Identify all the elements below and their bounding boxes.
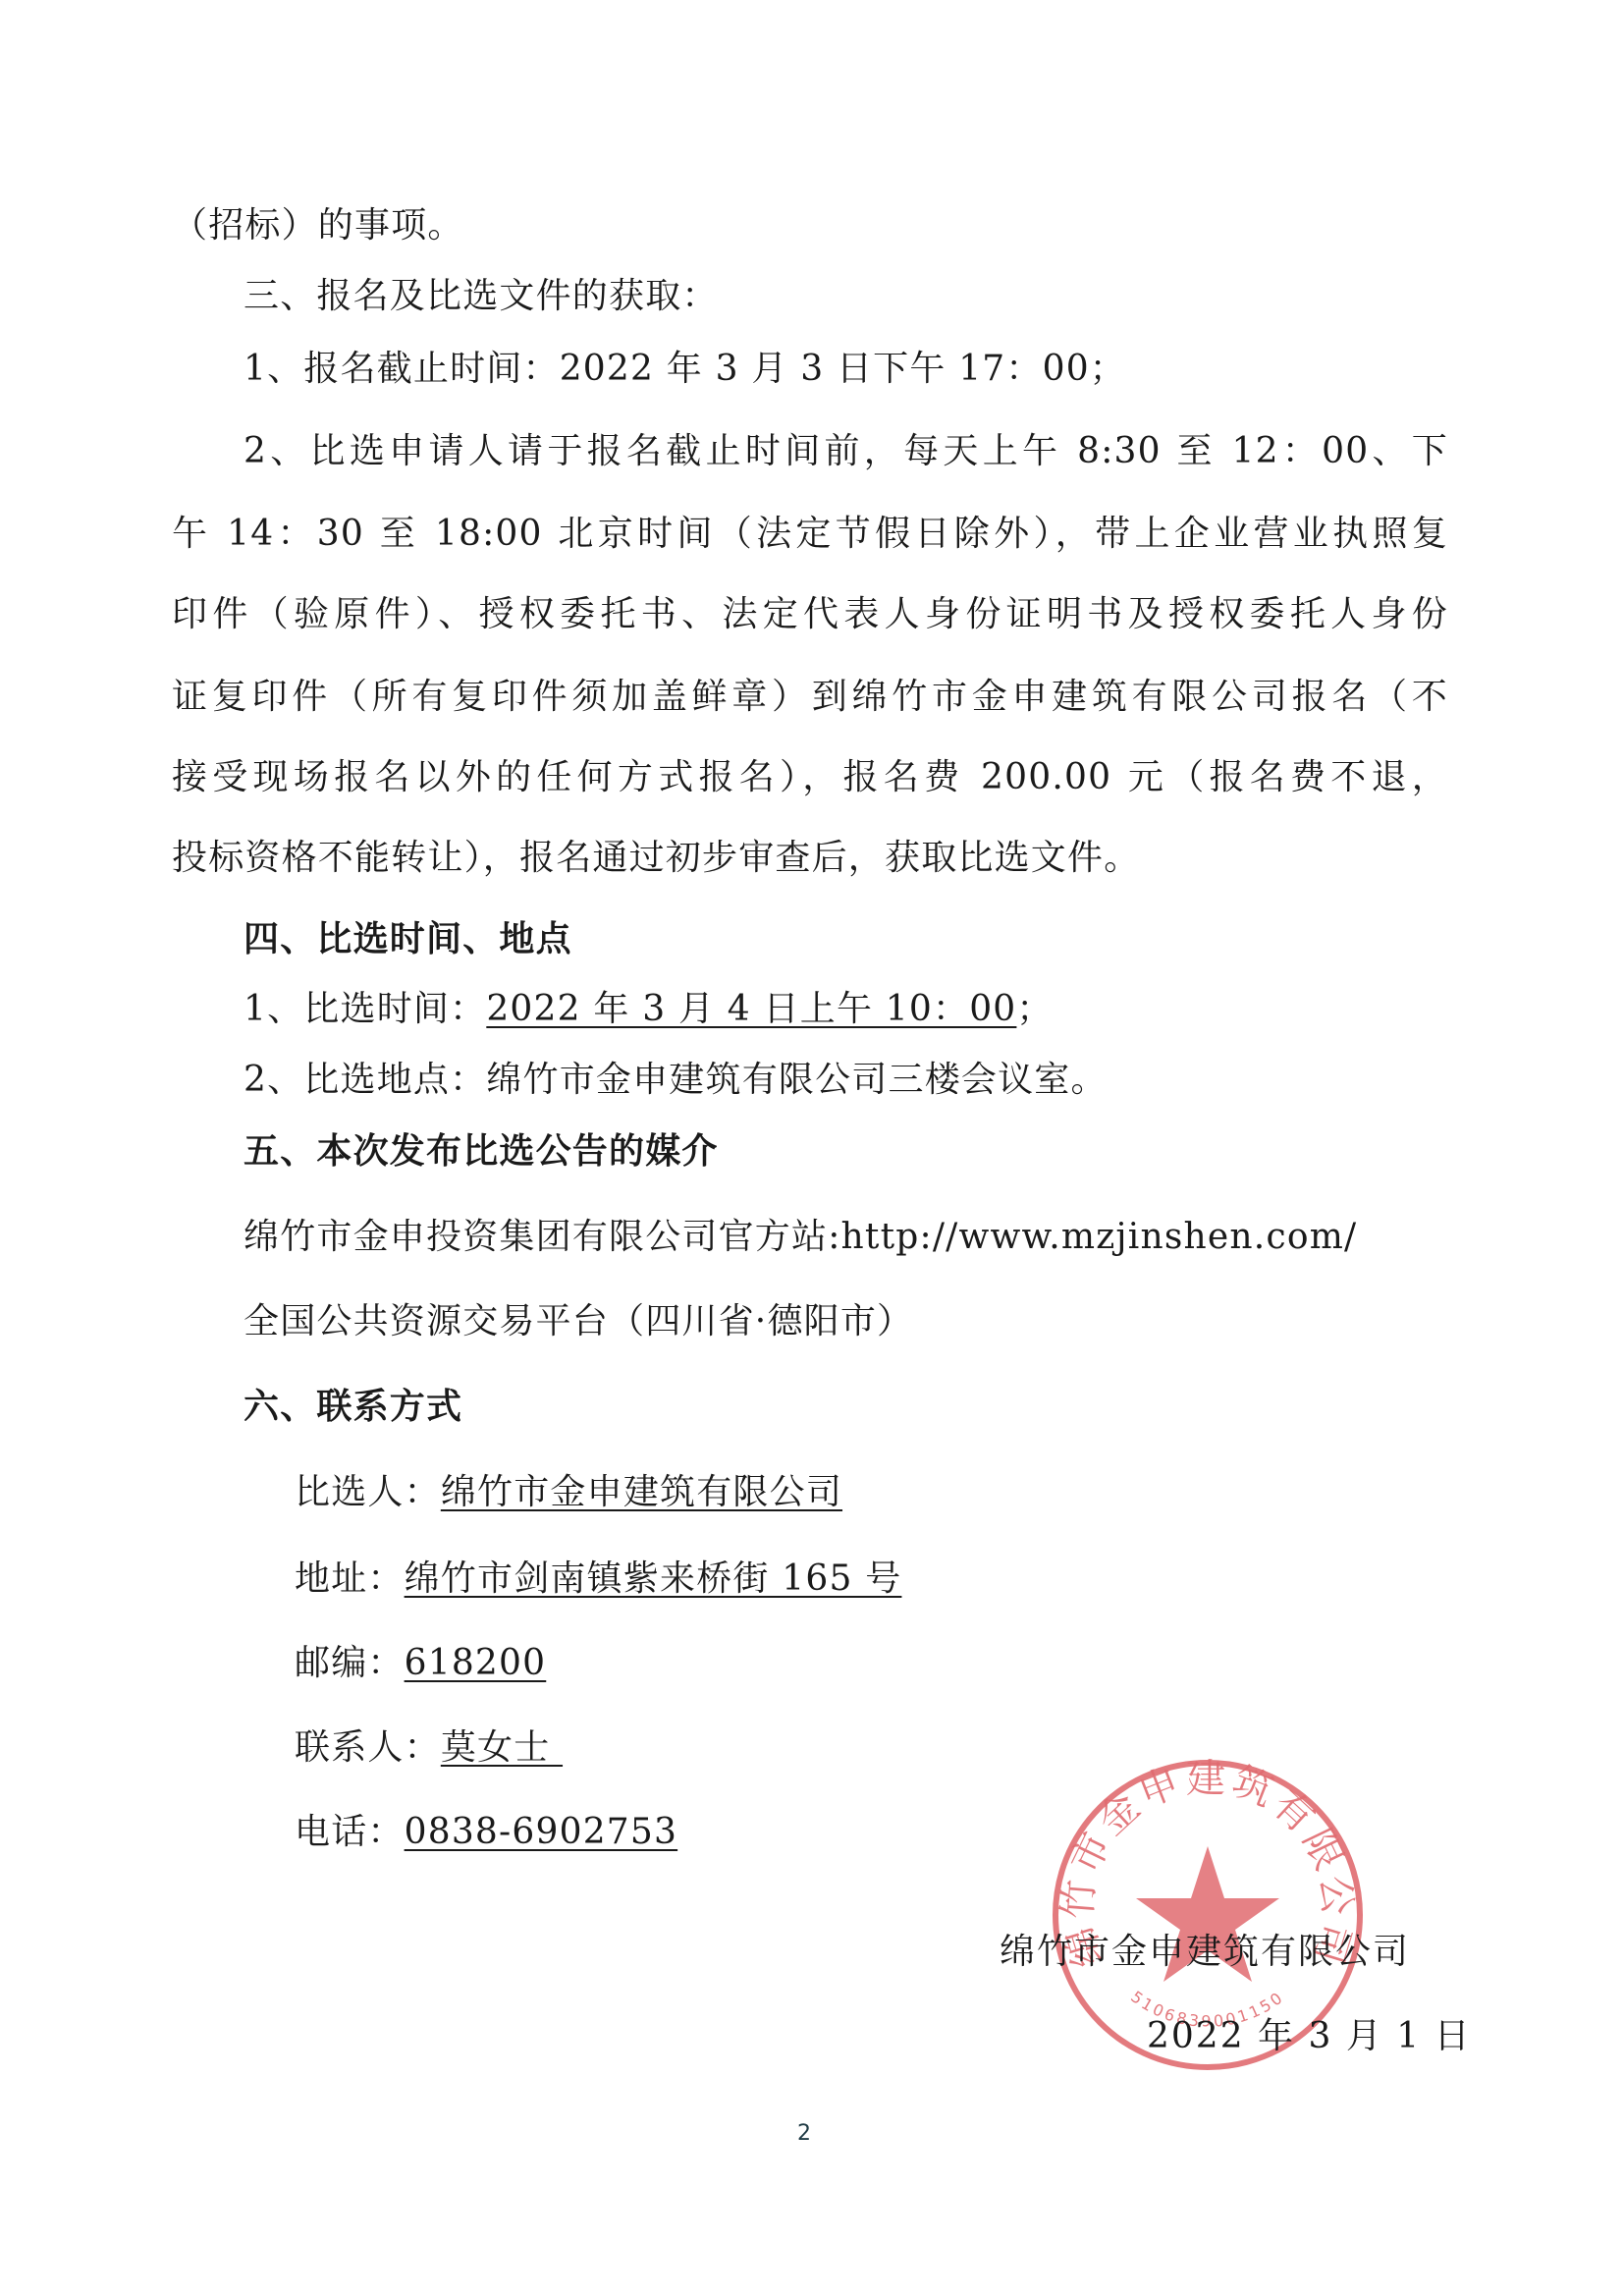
registration-instructions-line-1: 2、比选申请人请于报名截止时间前，每天上午 8:30 至 12：00、下	[243, 428, 1448, 475]
registration-instructions-line-4: 证复印件（所有复印件须加盖鲜章）到绵竹市金申建筑有限公司报名（不	[172, 674, 1448, 721]
contact-value: 绵竹市金申建筑有限公司	[441, 1472, 842, 1512]
section-6-heading: 六、联系方式	[243, 1383, 1520, 1430]
registration-instructions-line-3: 印件（验原件）、授权委托书、法定代表人身份证明书及授权委托人身份	[172, 591, 1448, 638]
contact-label: 比选人：	[295, 1472, 441, 1512]
signature-date: 2022 年 3 月 1 日	[1147, 2013, 1472, 2060]
registration-instructions-line-6: 投标资格不能转让），报名通过初步审查后，获取比选文件。	[172, 835, 1448, 882]
document-page: （招标）的事项。 三、报名及比选文件的获取： 1、报名截止时间：2022 年 3…	[0, 0, 1623, 2296]
contact-value: 618200	[405, 1643, 547, 1683]
section-5-heading: 五、本次发布比选公告的媒介	[243, 1127, 1520, 1175]
contact-value: 0838-6902753	[405, 1812, 678, 1852]
selection-time-label: 1、比选时间：	[243, 989, 486, 1029]
registration-instructions-line-2: 午 14：30 至 18:00 北京时间（法定节假日除外），带上企业营业执照复	[172, 511, 1448, 558]
registration-instructions-line-5: 接受现场报名以外的任何方式报名），报名费 200.00 元（报名费不退，	[172, 754, 1448, 801]
contact-label: 邮编：	[295, 1643, 405, 1683]
selection-location: 2、比选地点：绵竹市金申建筑有限公司三楼会议室。	[243, 1057, 1520, 1104]
section-4-heading: 四、比选时间、地点	[243, 915, 1520, 962]
contact-person: 联系人：莫女士	[295, 1724, 1571, 1772]
continuation-text: （招标）的事项。	[172, 202, 1448, 249]
contact-bidder: 比选人：绵竹市金申建筑有限公司	[295, 1469, 1571, 1516]
selection-time-suffix: ；	[1016, 989, 1053, 1029]
contact-label: 联系人：	[295, 1727, 441, 1768]
signature-company: 绵竹市金申建筑有限公司	[1000, 1929, 1410, 1976]
registration-deadline: 1、报名截止时间：2022 年 3 月 3 日下午 17：00；	[243, 346, 1520, 393]
contact-postcode: 邮编：618200	[295, 1640, 1571, 1687]
contact-value: 绵竹市剑南镇紫来桥街 165 号	[405, 1558, 902, 1599]
contact-label: 电话：	[295, 1812, 405, 1852]
selection-time: 1、比选时间：2022 年 3 月 4 日上午 10：00；	[243, 986, 1520, 1033]
contact-label: 地址：	[295, 1558, 405, 1599]
media-public-platform: 全国公共资源交易平台（四川省·德阳市）	[243, 1298, 1520, 1345]
contact-address: 地址：绵竹市剑南镇紫来桥街 165 号	[295, 1556, 1571, 1603]
contact-phone: 电话：0838-6902753	[295, 1809, 1571, 1856]
contact-value: 莫女士	[441, 1727, 563, 1768]
page-number: 2	[797, 2121, 811, 2146]
selection-time-value: 2022 年 3 月 4 日上午 10：00	[486, 989, 1016, 1029]
section-3-heading: 三、报名及比选文件的获取：	[243, 273, 1520, 320]
media-official-site: 绵竹市金申投资集团有限公司官方站:http://www.mzjinshen.co…	[243, 1214, 1520, 1261]
